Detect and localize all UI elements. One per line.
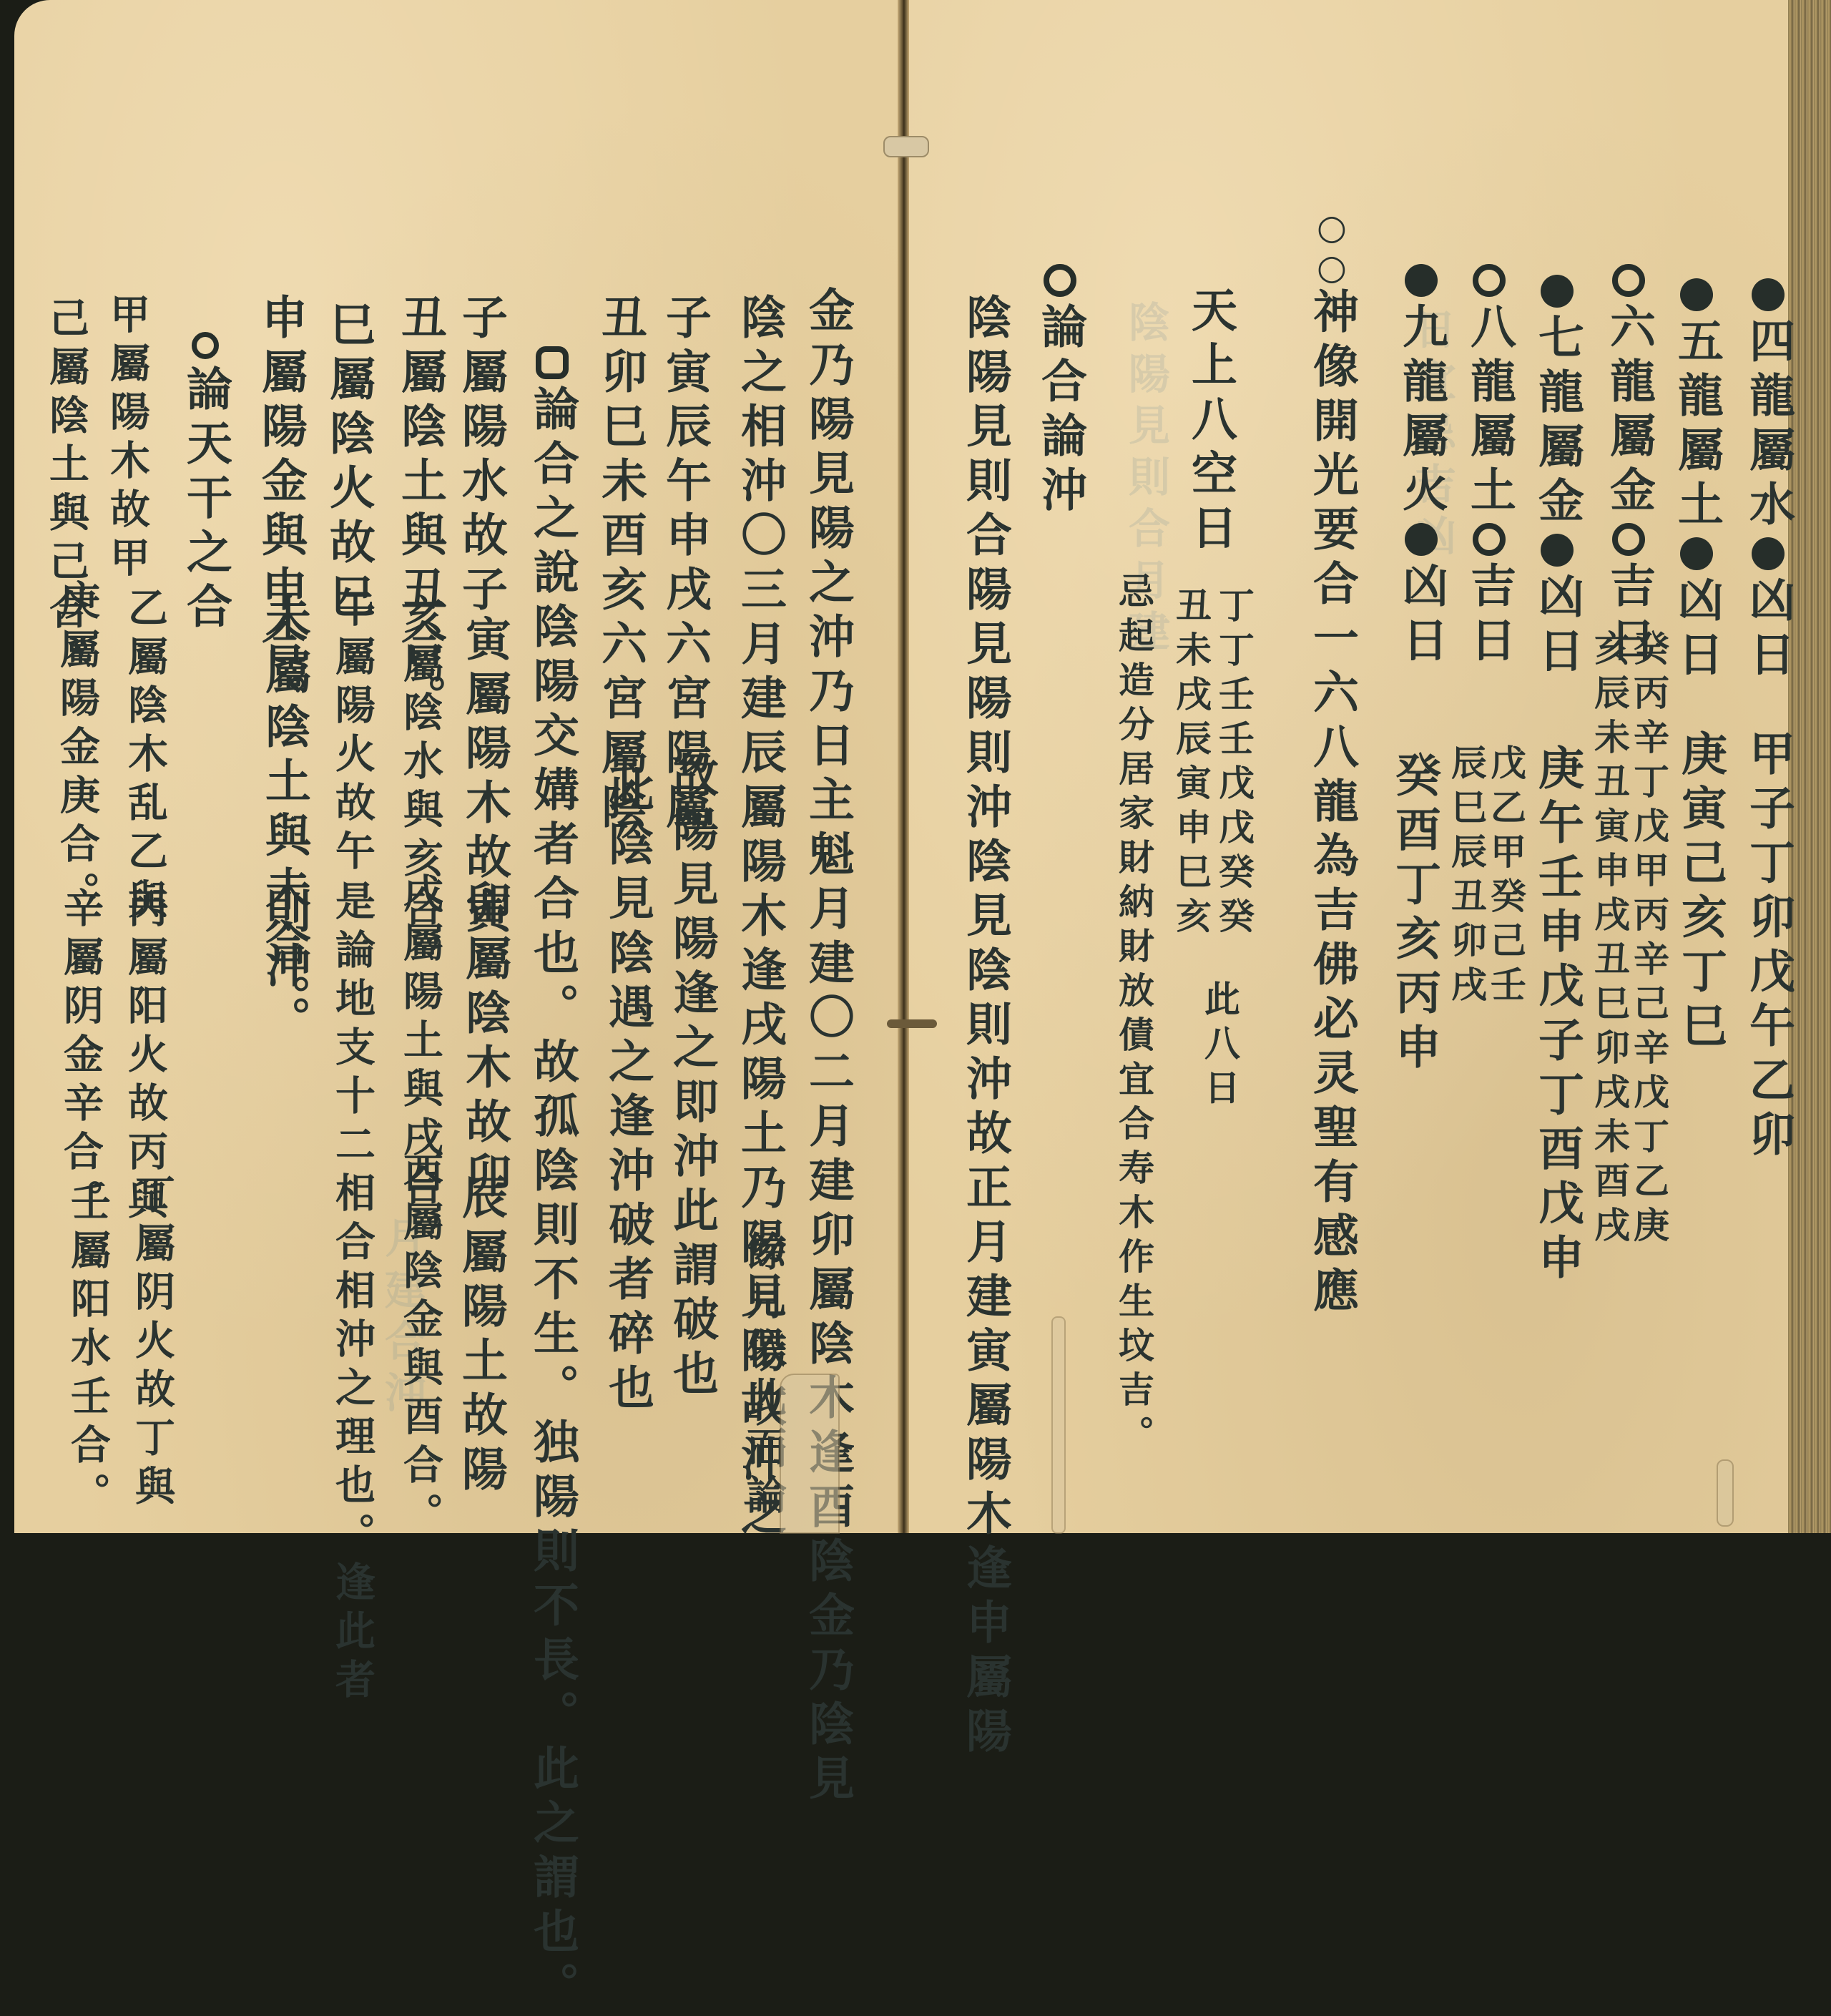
day-list-6: 癸酉丁亥丙申 xyxy=(1391,751,1437,1077)
hollow-circle-icon xyxy=(1473,264,1506,297)
main-text-column-1: 金乃陽見陽之沖乃日主魁月建〇二月建卯屬陰木逢酉陰金乃陰見 xyxy=(805,286,850,1533)
stem-xin: 辛屬阴金辛合。 xyxy=(61,887,101,1228)
dragon-row-9: 九龍屬火凶日 xyxy=(1398,261,1444,670)
hollow-circle-icon xyxy=(1044,264,1076,297)
main-text-column-3-tail: 故陽見陽逢之即沖此謂破也 xyxy=(669,751,715,1404)
tian-shang-title: 天上八空日 xyxy=(1187,286,1233,558)
lun-he-lun-chong-heading: 論合論沖 xyxy=(1037,261,1083,520)
branch-wu: 午屬陽火故午 xyxy=(333,587,373,879)
branch-mao: 卯屬陰木故卯 xyxy=(461,880,507,1206)
filled-circle-icon xyxy=(1752,278,1785,311)
hollow-circle-icon xyxy=(1612,523,1645,556)
tian-shang-branches: 丑未戌辰寅申巳亥 xyxy=(1173,587,1209,941)
dragon-row-5: 五龍屬土凶日 xyxy=(1674,275,1719,685)
hollow-circle-icon xyxy=(1612,264,1645,297)
day-list-2: 庚寅己亥丁巳 xyxy=(1677,730,1723,1056)
tian-shang-note: 此八日 xyxy=(1202,980,1237,1113)
dragon-row-7: 七龍屬金凶日 xyxy=(1534,272,1580,681)
day-list-4: 庚午壬申戊子丁酉戊申 xyxy=(1534,744,1580,1288)
stem-yi: 乙屬陰木乱乙與 xyxy=(125,587,165,927)
stem-jia: 甲屬陽木故甲 xyxy=(107,293,147,585)
lun-he-zhi-shuo-column: 論合之說陰陽交媾者合也。故孤陰則不生。独陽則不長。此之謂也。 xyxy=(529,343,575,1533)
hollow-circle-icon xyxy=(1473,523,1506,556)
hollow-circle-icon xyxy=(192,332,219,359)
day-list-5b: 辰巳辰丑卯戌 xyxy=(1448,744,1484,1010)
paper-tear xyxy=(1717,1459,1734,1527)
branch-zi: 子屬陽水故子 xyxy=(458,293,504,620)
filled-circle-icon xyxy=(1541,275,1574,308)
dragon-row-4: 四龍屬水凶日 xyxy=(1745,275,1791,685)
filled-circle-icon xyxy=(1680,537,1713,570)
stem-geng: 庚屬陽金庚合。 xyxy=(57,579,97,920)
branch-si: 巳屬陰火故巳 xyxy=(325,300,371,627)
branch-chen: 辰屬陽土故陽 xyxy=(458,1173,504,1499)
hollow-circle-icon xyxy=(536,346,569,379)
branch-ze-chong: 則沖。 xyxy=(261,887,307,1050)
binding-thread-top xyxy=(883,136,929,157)
filled-circle-icon xyxy=(1405,523,1438,556)
binding-thread-middle xyxy=(887,1019,937,1028)
dragon-row-6: 六龍屬金吉日 xyxy=(1606,261,1651,670)
branch-summary: 是論地支十二相合相沖之理也。逢此者 xyxy=(333,880,373,1533)
main-text-column-4-tail: 此陰見陰遇之逢沖破者碎也 xyxy=(604,765,650,1418)
dragon-row-8: 八龍屬土吉日 xyxy=(1466,261,1512,670)
lun-tian-gan-heading: 論天干之合 xyxy=(182,329,228,637)
day-list-5a: 戊乙甲癸己壬 xyxy=(1488,744,1523,1010)
tian-shang-taboo: 忌起造分居家財納財放債宜合寿木作生坟吉。 xyxy=(1116,572,1152,1459)
branch-you: 酉屬陰金與酉合。 xyxy=(401,1152,441,1533)
day-list-3b: 亥辰未丑寅申戌丑巳卯戌未酉戌 xyxy=(1591,630,1627,1251)
main-text-column-4: 丑卯巳未酉亥六宮屬陰 xyxy=(597,293,643,837)
book-spread: 陰陽見則合月建 日宜忌吉凶 月建合沖 四龍屬水凶日 五龍屬土凶日 六龍屬金吉日 … xyxy=(0,0,1831,1533)
main-text-column-2-tail: 餘月依此而論 xyxy=(744,1230,784,1522)
day-list-3a: 癸丙辛丁戊甲丙辛己辛戊丁乙庚 xyxy=(1631,630,1666,1251)
stem-ren: 壬屬阳水壬合。 xyxy=(68,1180,108,1521)
paper-crease xyxy=(1051,1316,1066,1533)
lun-he-lun-chong-body: 陰陽見則合陽見陽則沖陰見陰則沖故正月建寅屬陽木逢申屬陽 xyxy=(962,293,1008,1533)
book-spine xyxy=(898,0,909,1533)
filled-circle-icon xyxy=(1541,534,1574,567)
shen-xiang-column: ○○神像開光要合一六八龍為吉佛必灵聖有感應 xyxy=(1309,207,1355,1321)
filled-circle-icon xyxy=(1405,264,1438,297)
filled-circle-icon xyxy=(1680,278,1713,311)
paper-tear xyxy=(780,1374,840,1533)
double-circle-icon: ○○ xyxy=(1312,207,1352,288)
stem-ding: 丁屬阴火故丁與 xyxy=(132,1173,172,1514)
tian-shang-stems: 丁丁壬壬戊戊癸癸 xyxy=(1216,587,1252,941)
filled-circle-icon xyxy=(1752,537,1785,570)
day-list-1: 甲子丁卯戊午乙卯 xyxy=(1745,730,1791,1165)
